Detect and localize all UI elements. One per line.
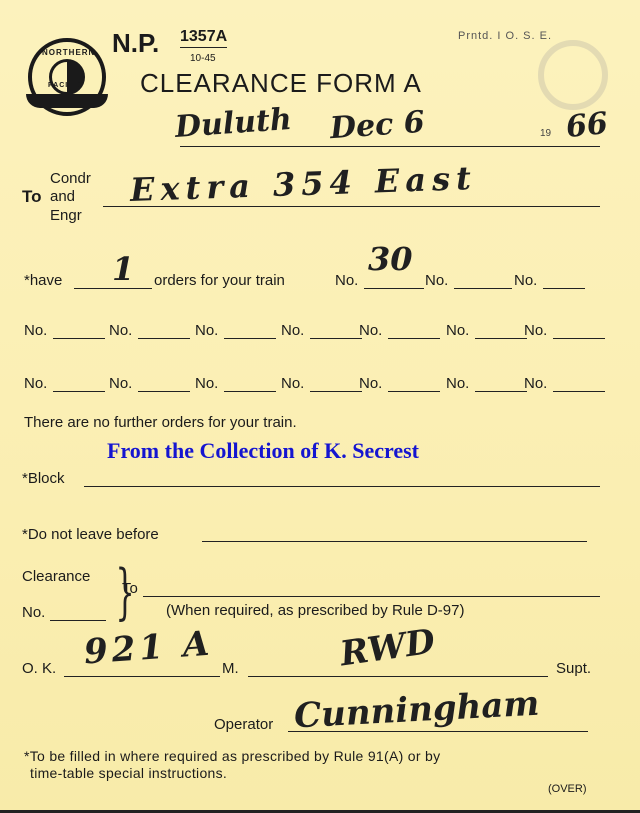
collection-watermark: From the Collection of K. Secrest: [107, 438, 419, 464]
train-no-field[interactable]: [553, 338, 605, 339]
engr-label: Engr: [50, 207, 82, 224]
train-no-field[interactable]: [553, 391, 605, 392]
train-no-label: No.: [195, 322, 218, 339]
addressee-value[interactable]: Extra 354 East: [129, 159, 477, 209]
footnote-line-1: *To be filled in where required as presc…: [24, 748, 440, 764]
to-label: To: [22, 187, 42, 207]
logo-text-bottom: PACIFIC: [48, 82, 82, 89]
ghost-logo-icon: [538, 40, 608, 110]
train-no-label-1: No.: [335, 272, 358, 289]
train-no-field[interactable]: [388, 391, 440, 392]
train-no-field[interactable]: [53, 338, 105, 339]
operator-signature[interactable]: Cunningham: [293, 684, 540, 737]
operator-label: Operator: [214, 716, 273, 733]
supt-label: Supt.: [556, 660, 591, 677]
year-value[interactable]: 66: [564, 106, 609, 145]
and-label: and: [50, 188, 75, 205]
clearance-label: Clearance: [22, 568, 90, 585]
do-not-leave-label: *Do not leave before: [22, 526, 159, 543]
train-no-label: No.: [24, 375, 47, 392]
no-further-orders-text: There are no further orders for your tra…: [24, 414, 297, 431]
train-no-field[interactable]: [138, 391, 190, 392]
train-no-field[interactable]: [138, 338, 190, 339]
train-no-field[interactable]: [224, 391, 276, 392]
train-no-label-3: No.: [514, 272, 537, 289]
train-no-label: No.: [281, 322, 304, 339]
date-value[interactable]: Dec 6: [329, 105, 426, 147]
orders-for-label: orders for your train: [154, 272, 285, 289]
clearance-no-label: No.: [22, 604, 45, 621]
logo-text-top: NORTHERN: [42, 48, 95, 57]
train-no-label: No.: [359, 375, 382, 392]
train-no-label: No.: [109, 322, 132, 339]
train-no-label: No.: [109, 375, 132, 392]
year-prefix: 19: [540, 128, 551, 139]
ok-label: O. K.: [22, 660, 56, 677]
train-no-label: No.: [24, 322, 47, 339]
station-value[interactable]: Duluth: [174, 102, 293, 145]
northern-pacific-logo-icon: NORTHERN PACIFIC: [28, 38, 106, 116]
train-no-label: No.: [446, 375, 469, 392]
form-date: 10-45: [190, 53, 216, 64]
train-no-label: No.: [524, 375, 547, 392]
block-label: *Block: [22, 470, 65, 487]
over-label: (OVER): [548, 783, 587, 795]
train-no-field[interactable]: [475, 338, 527, 339]
train-no-label: No.: [359, 322, 382, 339]
clearance-to-label: To: [122, 580, 138, 597]
train-no-label: No.: [524, 322, 547, 339]
form-title: CLEARANCE FORM A: [140, 68, 422, 99]
train-no-field[interactable]: [224, 338, 276, 339]
train-no-label: No.: [281, 375, 304, 392]
order-count-value[interactable]: 1: [112, 250, 134, 288]
condr-label: Condr: [50, 170, 91, 187]
form-number: 1357A: [180, 28, 227, 48]
road-name: N.P.: [112, 28, 159, 59]
train-no-value-1[interactable]: 30: [368, 240, 413, 278]
train-no-field[interactable]: [310, 338, 362, 339]
footnote-line-2: time-table special instructions.: [30, 765, 227, 781]
train-no-label-2: No.: [425, 272, 448, 289]
printer-mark: Prntd. I O. S. E.: [458, 30, 552, 42]
have-label: *have: [24, 272, 62, 289]
initials-value[interactable]: RWD: [338, 622, 438, 675]
train-no-label: No.: [446, 322, 469, 339]
train-no-field[interactable]: [388, 338, 440, 339]
train-no-field[interactable]: [53, 391, 105, 392]
train-no-field[interactable]: [310, 391, 362, 392]
rule-d97-note: (When required, as prescribed by Rule D-…: [166, 602, 464, 619]
clearance-form: NORTHERN PACIFIC N.P. 1357A 10-45 Prntd.…: [0, 0, 640, 813]
ok-time-value[interactable]: 921 A: [83, 624, 215, 673]
train-no-label: No.: [195, 375, 218, 392]
train-no-field[interactable]: [475, 391, 527, 392]
m-label: M.: [222, 660, 239, 677]
